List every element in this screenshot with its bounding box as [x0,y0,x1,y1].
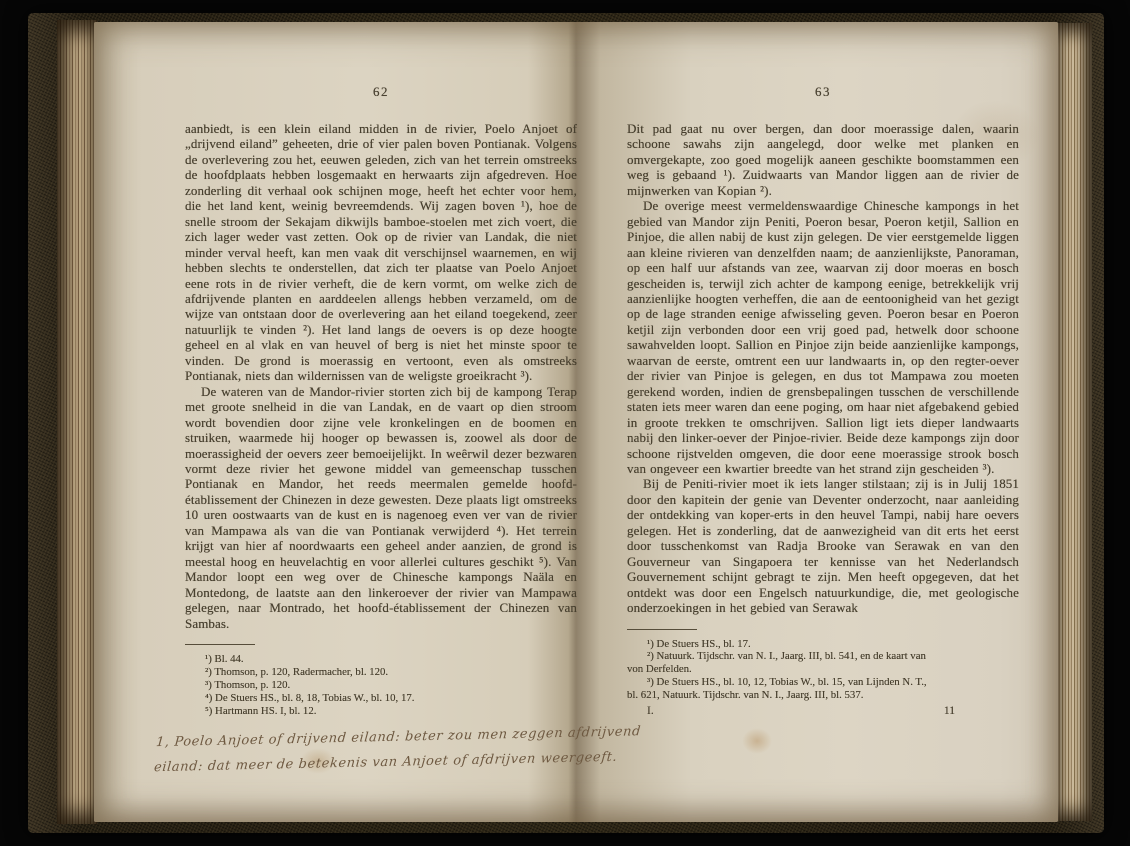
page-left: 62 aanbiedt, is een klein eiland midden … [185,84,577,775]
footnote: ⁴) De Stuers HS., bl. 8, 18, Tobias W., … [185,692,577,705]
signature-mark: I. [647,705,654,717]
footnote-continuation: bl. 621, Natuurk. Tijdschr. van N. I., J… [627,689,1019,702]
page-number-right: 63 [627,84,1019,100]
paragraph: De overige meest vermeldenswaardige Chin… [627,198,1019,476]
footnote: ¹) De Stuers HS., bl. 17. [627,638,1019,651]
paragraph: aanbiedt, is een klein eiland midden in … [185,121,577,384]
footnote: ²) Natuurk. Tijdschr. van N. I., Jaarg. … [627,650,1019,663]
photo-background: 62 aanbiedt, is een klein eiland midden … [0,0,1130,846]
footnotes-left: ¹) Bl. 44. ²) Thomson, p. 120, Radermach… [185,653,577,718]
page-number-left: 62 [185,84,577,100]
footnote-rule [627,629,697,630]
page-right: 63 Dit pad gaat nu over bergen, dan door… [627,84,1019,717]
footnote-rule [185,644,255,645]
paragraph: Bij de Peniti-rivier moet ik iets langer… [627,476,1019,615]
body-text-left: aanbiedt, is een klein eiland midden in … [185,121,577,631]
footnote: ³) De Stuers HS., bl. 10, 12, Tobias W.,… [627,676,1019,689]
footnotes-right: ¹) De Stuers HS., bl. 17. ²) Natuurk. Ti… [627,638,1019,703]
page-edge-stack-left [57,20,97,824]
paragraph: Dit pad gaat nu over bergen, dan door mo… [627,121,1019,198]
handwritten-annotation: 1, Poelo Anjoet of drijvend eiland: bete… [153,720,615,780]
footnote: ⁵) Hartmann HS. I, bl. 12. [185,705,577,718]
footnote: ³) Thomson, p. 120. [185,679,577,692]
sheet-number: 11 [944,705,955,717]
footnote: ²) Thomson, p. 120, Radermacher, bl. 120… [185,666,577,679]
page-edge-stack-right [1057,23,1092,821]
paragraph: De wateren van de Mandor-rivier storten … [185,384,577,631]
footnote-continuation: von Derfelden. [627,663,1019,676]
footnote: ¹) Bl. 44. [185,653,577,666]
body-text-right: Dit pad gaat nu over bergen, dan door mo… [627,121,1019,616]
signature-line: I. 11 [627,705,1019,717]
